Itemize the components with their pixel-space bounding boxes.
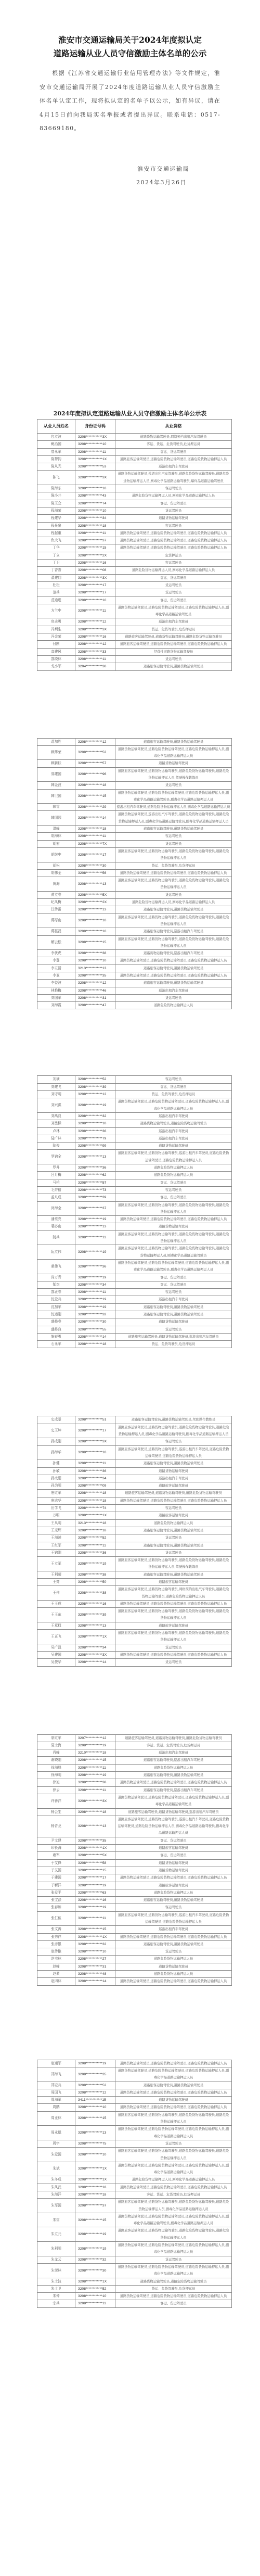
person-name: 黄海 bbox=[37, 877, 75, 892]
id-number: 3208************19 bbox=[75, 1882, 115, 1889]
table-row: 赵通军3208************19道路货物运输驾驶员,道路危险货物运输驾… bbox=[37, 2060, 232, 2067]
qualification: 巡游出租汽车驾驶员 bbox=[115, 1475, 232, 1482]
person-name: 朱龙云 bbox=[37, 2256, 75, 2263]
notice-title: 淮安市交通运输局关于2024年度拟认定 道路运输从业人员守信激励主体名单的公示 bbox=[0, 33, 260, 60]
qualification: 道路货物运输驾驶员,道路危险货物运输驾驶员,道路危险货物运输押运人员 bbox=[115, 1933, 232, 1940]
table-row: 李立清3213************13道路旅客运输驾驶员,道路货物运输驾驶员 bbox=[37, 965, 232, 972]
person-name: 朱冬成 bbox=[37, 2176, 75, 2184]
person-name: 王章权 bbox=[37, 1622, 75, 1629]
qualification: 客运、货运、危货驾驶员,危货押运员 bbox=[115, 441, 232, 448]
qualification: 客运驾驶员 bbox=[115, 1186, 232, 1194]
person-name: 朱士卫 bbox=[37, 2285, 75, 2292]
table-row: 范兵3208************17货运驾驶员 bbox=[37, 589, 232, 597]
person-name: 冯炳生 bbox=[37, 626, 75, 633]
table-row: 刘国军3208************31货运驾驶员 bbox=[37, 994, 232, 1001]
person-name: 朱斌 bbox=[37, 2162, 75, 2176]
person-name: 丁华 bbox=[37, 544, 75, 552]
qualification: 巡游出租汽车驾驶员,道路危险货物运输押运人员,剧毒化学品道路运输押运人员 bbox=[115, 804, 232, 811]
qualification: 货运驾驶员 bbox=[115, 1534, 232, 1542]
qualification: 货运驾驶员 bbox=[115, 581, 232, 589]
person-name: 徐旭 bbox=[37, 1779, 75, 1786]
person-name: 刘守明 bbox=[37, 1091, 75, 1098]
table-row: 徐旭3208************38道路货物运输驾驶员,道路危险货物运输驾驶… bbox=[37, 1779, 232, 1786]
person-name: 顾华荣 bbox=[37, 745, 75, 760]
person-name: 周国飞 bbox=[37, 2089, 75, 2096]
table-row: 夏士海3208************19客运、货运、危货驾驶员,危货押运员 bbox=[37, 1742, 232, 1749]
qualification: 客运、货运驾驶员 bbox=[115, 448, 232, 455]
table-row: 阮兵3208************11道路旅客运输驾驶员,道路货物运输驾驶员,… bbox=[37, 1230, 232, 1245]
person-name: 赵屯林 bbox=[37, 1956, 75, 1963]
qualification: 道路旅客运输驾驶员,道路货物运输驾驶员,道路危险货物运输驾驶员,道路危险货物运输… bbox=[115, 1630, 232, 1644]
id-number: 3208************18 bbox=[75, 782, 115, 789]
id-number: 3208************32 bbox=[75, 1940, 115, 1948]
person-name: 郭建国 bbox=[37, 767, 75, 782]
person-name: 朱利明 bbox=[37, 2242, 75, 2256]
person-name: 葛加胜 bbox=[37, 738, 75, 745]
id-number: 3208************3X bbox=[75, 1438, 115, 1445]
id-number: 3208************16 bbox=[75, 1897, 115, 1904]
table-row: 赵蒙3208************48道路危险货物运输押运人员 bbox=[37, 1971, 232, 1978]
person-name: 于艾锋 bbox=[37, 1859, 75, 1867]
person-name: 曾永军 bbox=[37, 448, 75, 455]
qualification: 道路货物运输驾驶员,道路危险货物运输驾驶员,道路危险货物运输押运人员,剧毒化学品… bbox=[115, 2213, 232, 2227]
id-number: 3208************52 bbox=[75, 2082, 115, 2089]
table-row: 胡伟全3208************56道路货物运输驾驶员,道路危险货物运输驾… bbox=[37, 869, 232, 877]
person-name: 周海军 bbox=[37, 2097, 75, 2104]
person-name: 于建国 bbox=[37, 1874, 75, 1882]
id-number: 3208************11 bbox=[75, 1542, 115, 1549]
page-break-gap bbox=[0, 1986, 260, 2060]
table-row: 陈小井3208************43道路危险货物运输押运人员,剧毒化学品道… bbox=[37, 492, 232, 500]
person-name: 江传雷 bbox=[37, 906, 75, 913]
table-row: 张文涛3208************15巡游出租汽车驾驶员 bbox=[37, 1926, 232, 1933]
qualification: 道路货物运输驾驶员 bbox=[115, 760, 232, 767]
qualification: 客运、货运驾驶员 bbox=[115, 1852, 232, 1859]
id-number: 3208************10 bbox=[75, 485, 115, 492]
table-row: 蒋厚山3208************10道路旅客运输驾驶员,道路货物运输驾驶员… bbox=[37, 913, 232, 928]
id-number: 3208************11 bbox=[75, 1764, 115, 1771]
person-name: 杨青龙 bbox=[37, 1816, 75, 1837]
qualification: 道路货物运输驾驶员,道路危险货物运输驾驶员,道路危险货物运输押运人员 bbox=[115, 544, 232, 552]
qualification: 道路旅客运输驾驶员,道路货物运输驾驶员,巡游出租汽车驾驶员,道路危险货物运输驾驶… bbox=[115, 1816, 232, 1837]
roster-table-page: 史成景3208************51道路旅客运输驾驶员,道路货物运输驾驶员… bbox=[37, 1416, 232, 1666]
id-number: 3208************2X bbox=[75, 552, 115, 559]
person-name: 杜松 bbox=[37, 581, 75, 589]
qualification: 道路旅客运输驾驶员,道路货物运输驾驶员,巡游出租汽车驾驶员,道路危险货物运输驾驶… bbox=[115, 1150, 232, 1164]
qualification: 巡游出租汽车驾驶员 bbox=[115, 1127, 232, 1135]
person-name: 施春勇 bbox=[37, 1333, 75, 1340]
id-number: 3208************36 bbox=[75, 1467, 115, 1475]
qualification: 货运驾驶员 bbox=[115, 1549, 232, 1556]
id-number: 3208************13 bbox=[75, 2126, 115, 2140]
column-header: 从业人员姓名 bbox=[37, 420, 75, 434]
id-number: 3208************99 bbox=[75, 1143, 115, 1150]
person-name: 刘国军 bbox=[37, 994, 75, 1001]
roster-table-page: 刘璜3208************52客运驾驶员刘建飞3208********… bbox=[37, 1075, 232, 1348]
id-number: 3208************12 bbox=[75, 980, 115, 987]
id-number: 3208************11 bbox=[75, 604, 115, 618]
person-name: 马柏 bbox=[37, 1179, 75, 1186]
id-number: 3208************38 bbox=[75, 1586, 115, 1601]
person-name: 洪峰 bbox=[37, 826, 75, 833]
qualification: 道路旅客运输驾驶员,道路货物运输驾驶员 bbox=[115, 1940, 232, 1948]
qualification: 客运、货运驾驶员 bbox=[115, 1274, 232, 1281]
id-number: 3208************32 bbox=[75, 2256, 115, 2263]
person-name: 李益波 bbox=[37, 980, 75, 987]
qualification: 道路旅客运输驾驶员 bbox=[115, 1882, 232, 1889]
qualification: 货运驾驶员 bbox=[115, 782, 232, 789]
qualification: 道路旅客运输驾驶员,道路货物运输驾驶员 bbox=[115, 2082, 232, 2089]
qualification: 道路旅客运输驾驶员,道路货物运输驾驶员 bbox=[115, 826, 232, 833]
qualification: 道路旅客运输驾驶员,道路货物运输驾驶员 bbox=[115, 663, 232, 670]
id-number: 3208************1X bbox=[75, 1512, 115, 1519]
qualification: 道路货物运输驾驶员,道路危险货物运输驾驶员,道路危险货物运输押运人员 bbox=[115, 2293, 232, 2300]
person-name: 雍军 bbox=[37, 1852, 75, 1859]
table-row: 付刚3208************12道路旅客运输驾驶员,道路危险货物运输驾驶… bbox=[37, 641, 232, 648]
person-name: 刘岳标 bbox=[37, 1120, 75, 1127]
roster-table-page: 从业人员姓名身份证号码从业资格包立波3208************3X道路货物… bbox=[37, 419, 232, 671]
qualification: 道路货物运输驾驶员,道路危险货物运输驾驶员,道路危险货物运输押运人员 bbox=[115, 2184, 232, 2191]
table-row: 朱士卫3208************52货运、危货驾驶员,危货押运员 bbox=[37, 2285, 232, 2292]
person-name: 黄立春 bbox=[37, 891, 75, 898]
id-number: 3208************09 bbox=[75, 1482, 115, 1490]
id-number: 3208************1X bbox=[75, 2162, 115, 2176]
id-number: 3208************12 bbox=[75, 1091, 115, 1098]
id-number: 3208************38 bbox=[75, 1779, 115, 1786]
id-number: 3208************13 bbox=[75, 1622, 115, 1629]
person-name: 胡海林 bbox=[37, 833, 75, 840]
qualification: 道路旅客运输驾驶员,巡游出租汽车驾驶员 bbox=[115, 928, 232, 935]
table-row: 鲍治国3208************10客运、货运、危货驾驶员,危货押运员 bbox=[37, 441, 232, 448]
qualification: 道路危险货物运输押运人员 bbox=[115, 1889, 232, 1896]
id-number: 3208************50 bbox=[75, 1579, 115, 1586]
id-number: 3208************52 bbox=[75, 1076, 115, 1083]
id-number: 3208************15 bbox=[75, 2213, 115, 2227]
id-number: 3208************10 bbox=[75, 1445, 115, 1460]
person-name: 王亮 bbox=[37, 1579, 75, 1586]
person-name: 陈帮钧 bbox=[37, 455, 75, 463]
person-name: 胡继中 bbox=[37, 847, 75, 862]
person-name: 赵四林 bbox=[37, 1978, 75, 1985]
id-number: 3208************10 bbox=[75, 2148, 115, 2162]
table-row: 席红军3207************12道路旅客运输驾驶员,道路货物运输驾驶员… bbox=[37, 1734, 232, 1742]
qualification: 道路旅客运输驾驶员,道路货物运输驾驶员,道路危险货物运输驾驶员 bbox=[115, 1734, 232, 1742]
qualification: 道路旅客运输驾驶员 bbox=[115, 1512, 232, 1519]
id-number: 3208************5X bbox=[75, 891, 115, 898]
notice-page: 淮安市交通运输局关于2024年度拟认定 道路运输从业人员守信激励主体名单的公示 … bbox=[0, 0, 260, 310]
id-number: 3208************13 bbox=[75, 1816, 115, 1837]
table-row: 王章权3208************13道路旅客运输驾驶员 bbox=[37, 1622, 232, 1629]
table-row: 宗兵3208************11客运、货运驾驶员 bbox=[37, 2300, 232, 2307]
id-number: 3208************1X bbox=[75, 2278, 115, 2285]
table-row: 杨青龙3208************13道路旅客运输驾驶员,道路货物运输驾驶员… bbox=[37, 1816, 232, 1837]
person-name: 胡松 bbox=[37, 862, 75, 869]
id-number: 3208************15 bbox=[75, 935, 115, 950]
qualification: 道路货物运输驾驶员,道路危险货物运输驾驶员,道路危险货物运输押运人员,剧毒化学品… bbox=[115, 1259, 232, 1274]
table-row: 刘海霞3208************47道路危险货物运输押运人员 bbox=[37, 1002, 232, 1009]
id-number: 3208************53 bbox=[75, 463, 115, 471]
person-name: 桑伟飞 bbox=[37, 1259, 75, 1274]
id-number: 3208************18 bbox=[75, 1490, 115, 1497]
person-name: 程建华 bbox=[37, 515, 75, 522]
id-number: 3204************30 bbox=[75, 663, 115, 670]
id-number: 3213************13 bbox=[75, 965, 115, 972]
table-row: 洪峰3208************18道路旅客运输驾驶员,道路货物运输驾驶员 bbox=[37, 826, 232, 833]
id-number: 3208************79 bbox=[75, 1135, 115, 1142]
id-number: 3208************43 bbox=[75, 492, 115, 500]
person-name: 徐海明 bbox=[37, 1772, 75, 1779]
qualification: 道路旅客运输驾驶员,道路货物运输驾驶员,道路危险货物运输驾驶员,道路危险货物运输… bbox=[115, 1424, 232, 1438]
id-number: 3208************11 bbox=[75, 529, 115, 537]
id-number: 3208************18 bbox=[75, 1808, 115, 1816]
table-row: 曾永军3208************11客运、货运驾驶员 bbox=[37, 448, 232, 455]
person-name: 韩卫国 bbox=[37, 789, 75, 804]
qualification: 巡游出租汽车驾驶员 bbox=[115, 618, 232, 626]
id-number: 3208************36 bbox=[75, 1164, 115, 1172]
id-number: 3208************12 bbox=[75, 618, 115, 626]
qualification: 道路货物运输驾驶员,道路危险货物运输驾驶员,道路危险货物运输押运人员 bbox=[115, 537, 232, 544]
person-name: 朱士波 bbox=[37, 2278, 75, 2285]
qualification: 道路货物运输驾驶员,道路危险货物运输驾驶员,道路危险货物运输押运人员,剧毒化学品… bbox=[115, 789, 232, 804]
person-name: 王伟 bbox=[37, 1586, 75, 1601]
id-number: 3208************19 bbox=[75, 1245, 115, 1260]
person-name: 胡宏 bbox=[37, 840, 75, 847]
id-number: 3208************34 bbox=[75, 1475, 115, 1482]
id-number: 3208************11 bbox=[75, 1786, 115, 1794]
qualification: 道路货物运输驾驶员,道路危险货物运输驾驶员,道路危险货物运输押运人员,剧毒化学品… bbox=[115, 2263, 232, 2278]
person-name: 周宇 bbox=[37, 2140, 75, 2147]
id-number: 3208************38 bbox=[75, 1571, 115, 1578]
qualification: 道路旅客运输驾驶员 bbox=[115, 1579, 232, 1586]
qualification: 道路货物运输驾驶员,道路危险货物运输驾驶员 bbox=[115, 2278, 232, 2285]
id-number: 3208************52 bbox=[75, 1534, 115, 1542]
person-name: 朱雷 bbox=[37, 2213, 75, 2227]
table-row: 朱军国3208************37道路旅客运输驾驶员,道路货物运输驾驶员… bbox=[37, 2199, 232, 2213]
id-number: 3208************2X bbox=[75, 899, 115, 906]
column-header: 身份证号码 bbox=[75, 420, 115, 434]
person-name: 许善洋 bbox=[37, 1794, 75, 1808]
table-row: 王锦刚3208************36货运驾驶员 bbox=[37, 1549, 232, 1556]
table-row: 戈小军3204************30道路旅客运输驾驶员,道路货物运输驾驶员 bbox=[37, 663, 232, 670]
qualification: 道路货物运输驾驶员,道路危险货物运输驾驶员,道路危险货物运输押运人员 bbox=[115, 2060, 232, 2067]
id-number: 3208************16 bbox=[75, 1600, 115, 1607]
table-row: 孙敏3208************36道路货物运输驾驶员 bbox=[37, 1467, 232, 1475]
id-number: 3208************48 bbox=[75, 1971, 115, 1978]
qualification: 道路旅客运输驾驶员,道路货物运输驾驶员 bbox=[115, 738, 232, 745]
qualification: 道路旅客运输驾驶员,道路货物运输驾驶员,道路危险货物运输驾驶员,道路危险货物运输… bbox=[115, 2111, 232, 2126]
id-number: 3208************7X bbox=[75, 840, 115, 847]
qualification: 货运、危货驾驶员,危货押运员 bbox=[115, 1091, 232, 1098]
person-name: 程起重 bbox=[37, 529, 75, 537]
qualification: 道路货物运输驾驶员,道路危险货物运输驾驶员,道路危险货物运输押运人员,剧毒化学品… bbox=[115, 2242, 232, 2256]
id-number: 3208************56 bbox=[75, 869, 115, 877]
id-number: 3207************12 bbox=[75, 1734, 115, 1742]
person-name: 朱爱国 bbox=[37, 2148, 75, 2162]
id-number: 3208************11 bbox=[75, 833, 115, 840]
qualification: 货运驾驶员 bbox=[115, 507, 232, 514]
id-number: 3208************37 bbox=[75, 1201, 115, 1216]
id-number: 3208************30 bbox=[75, 1318, 115, 1326]
qualification: 客运、货运驾驶员 bbox=[115, 1837, 232, 1844]
id-number: 3411************15 bbox=[75, 2097, 115, 2104]
id-number: 3208************36 bbox=[75, 1127, 115, 1135]
person-name: 张仁伍 bbox=[37, 1911, 75, 1926]
qualification: 客运、货运驾驶员 bbox=[115, 1194, 232, 1201]
person-name: 韩雪 bbox=[37, 804, 75, 811]
person-name: 蒋磊磊 bbox=[37, 928, 75, 935]
id-number: 3210************18 bbox=[75, 1749, 115, 1757]
qualification: 道路货物运输驾驶员,道路危险货物运输驾驶员,道路危险货物运输押运人员,剧毒化学品… bbox=[115, 1794, 232, 1808]
person-name: 孙成刚 bbox=[37, 1438, 75, 1445]
id-number: 3208************39 bbox=[75, 1608, 115, 1622]
id-number: 3208************12 bbox=[75, 641, 115, 648]
qualification: 道路货物运输驾驶员,道路危险货物运输驾驶员,道路危险货物运输押运人员 bbox=[115, 1874, 232, 1882]
table-row: 方兰中3208************11道路货物运输驾驶员,道路危险货物运输驾… bbox=[37, 604, 232, 618]
person-name: 张秀祥 bbox=[37, 1933, 75, 1940]
table-row: 李磊3208************10道路货物运输驾驶员,道路危险货物运输驾驶… bbox=[37, 957, 232, 965]
id-number: 3208************12 bbox=[75, 738, 115, 745]
id-number: 3208************1X bbox=[75, 2176, 115, 2184]
table-row: 刘岳标3208************10道路货物运输驾驶员,道路危险货物运输驾… bbox=[37, 1120, 232, 1127]
id-number: 3208************19 bbox=[75, 1296, 115, 1303]
qualification: 货运驾驶员 bbox=[115, 1659, 232, 1666]
table-row: 尹文建3208************35客运、货运驾驶员 bbox=[37, 1837, 232, 1844]
table-row: 顾新跃3208************57道路货物运输驾驶员 bbox=[37, 760, 232, 767]
id-number: 3208************13 bbox=[75, 906, 115, 913]
table-row: 程起重3208************11道路货物运输驾驶员,道路危险货物运输驾… bbox=[37, 529, 232, 537]
id-number: 3208************15 bbox=[75, 1926, 115, 1933]
person-name: 阮兵 bbox=[37, 1230, 75, 1245]
table-row: 于艾锋3208************58道路货物运输驾驶员 bbox=[37, 1859, 232, 1867]
table-row: 杜松3208************17货运驾驶员 bbox=[37, 581, 232, 589]
qualification: 巡游出租汽车驾驶员 bbox=[115, 987, 232, 994]
table-row: 纪风梅3208************2X道路危险货物运输押运人员,剧毒化学品道… bbox=[37, 899, 232, 906]
qualification: 道路旅客运输驾驶员,道路货物运输驾驶员,道路危险货物运输驾驶员,道路危险货物运输… bbox=[115, 935, 232, 950]
qualification: 道路货物运输驾驶员 bbox=[115, 1223, 232, 1230]
person-name: 郜绕林 bbox=[37, 655, 75, 663]
person-name: 周鹏 bbox=[37, 2104, 75, 2111]
id-number: 3208************15 bbox=[75, 544, 115, 552]
table-row: 朱斌3208************1X道路货物运输驾驶员,道路危险货物运输驾驶… bbox=[37, 2162, 232, 2176]
table-row: 陈从光3208************53巡游出租汽车驾驶员 bbox=[37, 463, 232, 471]
qualification: 客运驾驶员 bbox=[115, 833, 232, 840]
person-name: 孙敏 bbox=[37, 1467, 75, 1475]
id-number: 3208************14 bbox=[75, 1333, 115, 1340]
id-number: 3208************10 bbox=[75, 928, 115, 935]
id-number: 3208************74 bbox=[75, 500, 115, 507]
person-name: 董建翔 bbox=[37, 574, 75, 581]
qualification: 道路货物运输驾驶员,巡游出租汽车驾驶员 bbox=[115, 950, 232, 957]
person-name: 唐红军 bbox=[37, 1490, 75, 1497]
table-row: 胡松3208************30货运、危货驾驶员,危货押运员 bbox=[37, 862, 232, 869]
person-name: 于靳洋 bbox=[37, 1882, 75, 1889]
table-row: 王利超3208************38道路旅客运输驾驶员,道路货物运输驾驶员 bbox=[37, 1571, 232, 1578]
id-number: 3208************17 bbox=[75, 581, 115, 589]
id-number: 3208************11 bbox=[75, 1230, 115, 1245]
qualification: 道路旅客运输驾驶员,道路货物运输驾驶员,驾驶操作教练员 bbox=[115, 1416, 232, 1424]
table-row: 刘守明3208************12货运、危货驾驶员,危货押运员 bbox=[37, 1091, 232, 1098]
table-row: 卢林3208************36巡游出租汽车驾驶员 bbox=[37, 1127, 232, 1135]
table-row: 朱海洋3208************18客运、货运、危货驾驶员,危货押运员 bbox=[37, 2191, 232, 2199]
qualification: 道路旅客运输驾驶员,道路货物运输驾驶员,道路危险货物运输驾驶员,道路危险货物运输… bbox=[115, 1230, 232, 1245]
notice-title-line2: 道路运输从业人员守信激励主体名单的公示 bbox=[0, 47, 260, 60]
person-name: 陈飞 bbox=[37, 471, 75, 485]
qualification: 道路货物运输驾驶员 bbox=[115, 1318, 232, 1326]
qualification: 道路旅客运输驾驶员 bbox=[115, 1482, 232, 1490]
qualification: 道路危险货物运输押运人员 bbox=[115, 1971, 232, 1978]
id-number: 3208************19 bbox=[75, 1216, 115, 1223]
id-number: 3208************15 bbox=[75, 1867, 115, 1874]
id-number: 3208************14 bbox=[75, 1659, 115, 1666]
qualification: 货运驾驶员 bbox=[115, 1644, 232, 1651]
table-row: 董建翔3208************3X客运、货运驾驶员 bbox=[37, 574, 232, 581]
qualification: 道路货物运输驾驶员,道路危险货物运输驾驶员,道路危险货物运输押运人员 bbox=[115, 957, 232, 965]
qualification: 客运、货运、危货驾驶员,危货押运员 bbox=[115, 1742, 232, 1749]
table-row: 周国飞3208************12道路货物运输驾驶员,道路危险货物运输驾… bbox=[37, 2089, 232, 2096]
table-row: 马柏3208************57客运、货运驾驶员 bbox=[37, 1179, 232, 1186]
id-number: 3208************11 bbox=[75, 448, 115, 455]
roster-table-page: 赵通军3208************19道路货物运输驾驶员,道路危险货物运输驾… bbox=[37, 2060, 232, 2308]
id-number: 3208************1X bbox=[75, 455, 115, 463]
qualification: 道路旅客运输驾驶员 bbox=[115, 1622, 232, 1629]
table-row: 赵传艳3208************10货运驾驶员 bbox=[37, 1948, 232, 1956]
id-number: 3208************10 bbox=[75, 441, 115, 448]
person-name: 万明 bbox=[37, 1512, 75, 1519]
table-row: 李亚3208************35道路货物运输驾驶员,道路危险货物运输驾驶… bbox=[37, 972, 232, 980]
id-number: 3213************18 bbox=[75, 1519, 115, 1527]
qualification: 道路旅客运输驾驶员,道路货物运输驾驶员,道路危险货物运输驾驶员,道路危险货物运输… bbox=[115, 767, 232, 782]
table-row: 周鹏3208************10道路货物运输驾驶员,道路危险货物运输驾驶… bbox=[37, 2104, 232, 2111]
qualification: 道路旅客运输驾驶员,道路货物运输驾驶员 bbox=[115, 1460, 232, 1467]
person-name: 徐云 bbox=[37, 1786, 75, 1794]
person-name: 朱荣林 bbox=[37, 2263, 75, 2278]
table-row: 孙成刚3208************3X客运驾驶员 bbox=[37, 1438, 232, 1445]
person-name: 陈玉众 bbox=[37, 500, 75, 507]
person-name: 戈小军 bbox=[37, 663, 75, 670]
table-row: 史成景3208************51道路旅客运输驾驶员,道路货物运输驾驶员… bbox=[37, 1416, 232, 1424]
id-number: 3208************10 bbox=[75, 913, 115, 928]
notice-body: 根据《江苏省交通运输行业信用管理办法》等文件规定，淮安市交通运输局开展了2024… bbox=[40, 67, 220, 136]
table-row: 谢晓刚3208************15道路旅客运输驾驶员,巡游出租汽车驾驶员 bbox=[37, 1757, 232, 1764]
person-name: 丁香香 bbox=[37, 567, 75, 574]
id-number: 3208************10 bbox=[75, 957, 115, 965]
person-name: 闵海全 bbox=[37, 1201, 75, 1216]
person-name: 张春和 bbox=[37, 1904, 75, 1911]
id-number: 3208************75 bbox=[75, 2140, 115, 2147]
table-row: 韩金波3208************18货运驾驶员 bbox=[37, 782, 232, 789]
person-name: 蒋厚山 bbox=[37, 913, 75, 928]
id-number: 3208************11 bbox=[75, 2300, 115, 2307]
id-number: 3208************11 bbox=[75, 1289, 115, 1296]
id-number: 3208************19 bbox=[75, 1742, 115, 1749]
table-row: 周永聪3208************13道路货物运输驾驶员,道路危险货物运输驾… bbox=[37, 2126, 232, 2140]
table-row: 张春和3208************19客运驾驶员 bbox=[37, 1904, 232, 1911]
person-name: 张文涛 bbox=[37, 1926, 75, 1933]
person-name: 韩金波 bbox=[37, 782, 75, 789]
id-number: 3208************32 bbox=[75, 1311, 115, 1318]
table-row: 赵峰3208************31道路货物运输驾驶员 bbox=[37, 1963, 232, 1970]
id-number: 3208************17 bbox=[75, 1424, 115, 1438]
qualification: 巡游出租汽车驾驶员 bbox=[115, 1926, 232, 1933]
qualification: 道路旅客运输驾驶员,道路货物运输驾驶员 bbox=[115, 980, 232, 987]
table-row: 仇大飞3208************37道路货物运输驾驶员,道路危险货物运输驾… bbox=[37, 537, 232, 544]
id-number: 3208************13 bbox=[75, 877, 115, 892]
qualification: 道路危险货物运输押运人员 bbox=[115, 1172, 232, 1179]
qualification: 货运驾驶员 bbox=[115, 840, 232, 847]
id-number: 3208************17 bbox=[75, 1874, 115, 1882]
id-number: 3208************14 bbox=[75, 811, 115, 826]
id-number: 3208************18 bbox=[75, 1527, 115, 1534]
